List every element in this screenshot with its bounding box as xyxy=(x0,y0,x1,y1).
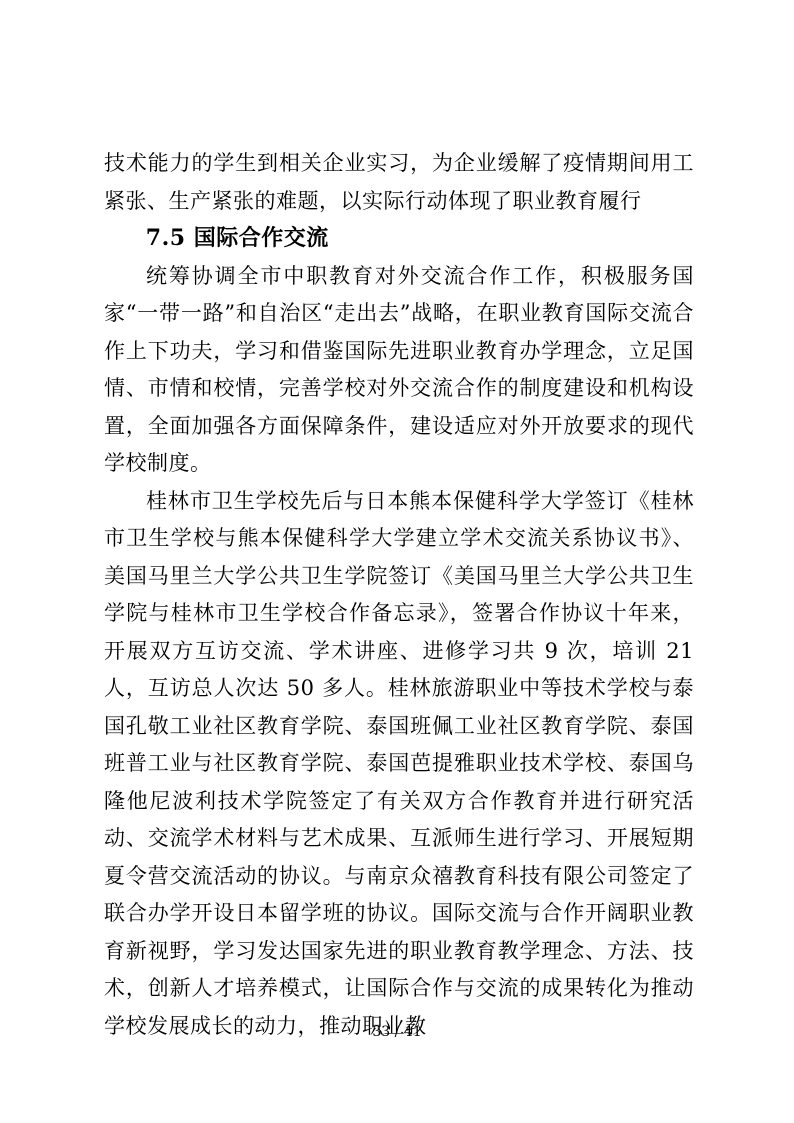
page-number: 33 / 41 xyxy=(0,1024,794,1040)
section-heading-international-cooperation: 7.5 国际合作交流 xyxy=(104,220,694,258)
paragraph-overview: 统筹协调全市中职教育对外交流合作工作，积极服务国家“一带一路”和自治区“走出去”… xyxy=(104,258,694,483)
paragraph-school-exchanges: 桂林市卫生学校先后与日本熊本保健科学大学签订《桂林市卫生学校与熊本保健科学大学建… xyxy=(104,483,694,1046)
page-content: 技术能力的学生到相关企业实习，为企业缓解了疫情期间用工紧张、生产紧张的难题，以实… xyxy=(104,145,694,1045)
document-page: 技术能力的学生到相关企业实习，为企业缓解了疫情期间用工紧张、生产紧张的难题，以实… xyxy=(0,0,794,1123)
paragraph-continuation: 技术能力的学生到相关企业实习，为企业缓解了疫情期间用工紧张、生产紧张的难题，以实… xyxy=(104,145,694,220)
